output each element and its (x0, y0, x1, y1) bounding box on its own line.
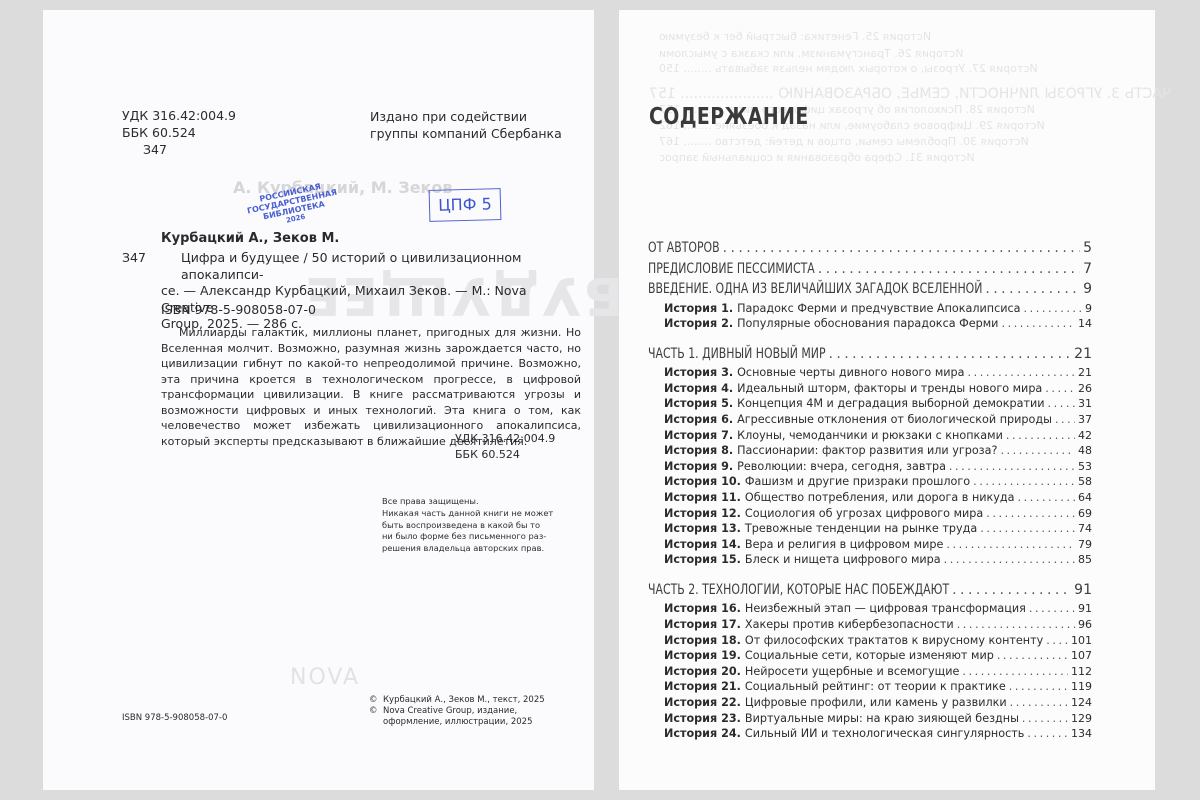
toc-page-number: 101 (1071, 634, 1092, 647)
toc-page-number: 9 (1085, 302, 1092, 315)
toc-entry-title: История 14.Вера и религия в цифровом мир… (664, 538, 943, 551)
toc-page-number: 85 (1078, 553, 1092, 566)
toc-story-number: История 11. (664, 491, 741, 504)
toc-story-number: История 7. (664, 429, 733, 442)
toc-entry-title: История 11.Общество потребления, или дор… (664, 491, 1015, 504)
toc-story-number: История 12. (664, 507, 741, 520)
toc-story-entry: История 21.Социальный рейтинг: от теории… (648, 680, 1092, 696)
toc-leader-dots (1048, 397, 1075, 410)
toc-entry-title: История 13.Тревожные тенденции на рынке … (664, 522, 977, 535)
toc-spacer (648, 333, 1092, 346)
toc-leader-dots (1022, 712, 1068, 725)
toc-story-number: История 14. (664, 538, 741, 551)
toc-entry-title: ПРЕДИСЛОВИЕ ПЕССИМИСТА (648, 261, 815, 277)
udk-code: УДК 316.42:004.9 (122, 108, 236, 125)
toc-page-number: 91 (1074, 582, 1092, 598)
toc-leader-dots (1006, 429, 1075, 442)
toc-page-number: 64 (1078, 491, 1092, 504)
toc-entry-title: История 18.От философских трактатов к ви… (664, 634, 1043, 647)
toc-entry-title: История 23.Виртуальные миры: на краю зия… (664, 712, 1019, 725)
toc-leader-dots (952, 582, 1071, 598)
toc-page-number: 7 (1083, 261, 1092, 277)
toc-entry-title: ЧАСТЬ 2. ТЕХНОЛОГИИ, КОТОРЫЕ НАС ПОБЕЖДА… (648, 582, 949, 598)
bibliographic-description: Цифра и будущее / 50 историй о цивилизац… (161, 250, 581, 333)
toc-story-entry: История 11.Общество потребления, или дор… (648, 491, 1092, 507)
toc-story-number: История 9. (664, 460, 733, 473)
copyright-symbol: © (369, 695, 383, 706)
toc-page-number: 129 (1071, 712, 1092, 725)
copyright-line: ©Nova Creative Group, издание, (369, 706, 545, 717)
toc-entry-title: История 17.Хакеры против кибербезопаснос… (664, 618, 954, 631)
toc-entry-title: История 6.Агрессивные отклонения от биол… (664, 413, 1052, 426)
toc-story-entry: История 22.Цифровые профили, или камень … (648, 696, 1092, 712)
toc-page-number: 134 (1071, 727, 1092, 740)
toc-story-entry: История 20.Нейросети ущербные и всемогущ… (648, 665, 1092, 681)
toc-entry-title: ЧАСТЬ 1. ДИВНЫЙ НОВЫЙ МИР (648, 346, 826, 362)
toc-story-entry: История 8.Пассионарии: фактор развития и… (648, 444, 1092, 460)
toc-entry-title: История 15.Блеск и нищета цифрового мира (664, 553, 941, 566)
abstract-classification: УДК 316.42:004.9 ББК 60.524 (455, 431, 555, 462)
toc-page-number: 42 (1078, 429, 1092, 442)
toc-page-number: 69 (1078, 507, 1092, 520)
toc-page-number: 5 (1083, 240, 1092, 256)
rights-notice: Все права защищены. Никакая часть данной… (382, 496, 553, 555)
toc-story-number: История 18. (664, 634, 741, 647)
copyright-text: Курбацкий А., Зеков М., текст, 2025 (383, 695, 545, 706)
toc-story-number: История 15. (664, 553, 741, 566)
bleed-through-line: ЧАСТЬ 3. УГРОЗЫ ЛИЧНОСТИ, СЕМЬЕ, ОБРАЗОВ… (649, 86, 1172, 102)
isbn-footer: ISBN 978-5-908058-07-0 (122, 713, 227, 723)
author-mark: З47 (122, 142, 236, 159)
toc-entry-title: История 21.Социальный рейтинг: от теории… (664, 680, 1006, 693)
toc-page-number: 48 (1078, 444, 1092, 457)
toc-leader-dots (1009, 680, 1068, 693)
toc-story-entry: История 10.Фашизм и другие призраки прош… (648, 475, 1092, 491)
abstract-bbk: ББК 60.524 (455, 447, 555, 463)
toc-page-number: 107 (1071, 649, 1092, 662)
toc-spacer (648, 569, 1092, 582)
page-title: СОДЕРЖАНИЕ (649, 104, 809, 130)
rights-line: ни было форме без письменного раз- (382, 531, 553, 543)
toc-story-number: История 10. (664, 475, 741, 488)
toc-story-number: История 6. (664, 413, 733, 426)
toc-leader-dots (828, 346, 1071, 362)
toc-leader-dots (997, 649, 1068, 662)
toc-entry-title: История 24.Сильный ИИ и технологическая … (664, 727, 1024, 740)
toc-story-entry: История 6.Агрессивные отклонения от биол… (648, 413, 1092, 429)
toc-leader-dots (1029, 602, 1075, 615)
toc-entry-title: История 16.Неизбежный этап — цифровая тр… (664, 602, 1026, 615)
toc-page-number: 124 (1071, 696, 1092, 709)
rights-line: Все права защищены. (382, 496, 553, 508)
toc-page-number: 79 (1078, 538, 1092, 551)
rights-line: быть воспроизведена в какой бы то (382, 520, 553, 532)
toc-story-number: История 2. (664, 317, 733, 330)
toc-entry-title: История 9.Революции: вчера, сегодня, зав… (664, 460, 946, 473)
toc-story-entry: История 14.Вера и религия в цифровом мир… (648, 538, 1092, 554)
toc-page-number: 112 (1071, 665, 1092, 678)
toc-leader-dots (1001, 317, 1075, 330)
toc-leader-dots (968, 366, 1075, 379)
publisher-note: Издано при содействии группы компаний Сб… (370, 108, 562, 142)
toc-leader-dots (1027, 727, 1068, 740)
toc-entry-title: История 3.Основные черты дивного нового … (664, 366, 965, 379)
toc-entry-title: ВВЕДЕНИЕ. ОДНА ИЗ ВЕЛИЧАЙШИХ ЗАГАДОК ВСЕ… (648, 281, 982, 297)
description-line: Цифра и будущее / 50 историй о цивилизац… (161, 250, 581, 283)
bibliographic-author-mark: З47 (122, 250, 146, 265)
toc-story-entry: История 24.Сильный ИИ и технологическая … (648, 727, 1092, 743)
toc-entry-title: История 5.Концепция 4M и деградация выбо… (664, 397, 1045, 410)
toc-story-entry: История 7.Клоуны, чемоданчики и рюкзаки … (648, 429, 1092, 445)
toc-story-number: История 5. (664, 397, 733, 410)
toc-leader-dots (1046, 634, 1068, 647)
toc-page-number: 74 (1078, 522, 1092, 535)
toc-entry-title: История 2.Популярные обоснования парадок… (664, 317, 998, 330)
toc-entry-title: История 12.Социология об угрозах цифрово… (664, 507, 983, 520)
toc-leader-dots (946, 538, 1075, 551)
copyright-text: оформление, иллюстрации, 2025 (383, 717, 533, 728)
toc-story-entry: История 23.Виртуальные миры: на краю зия… (648, 712, 1092, 728)
copyright-symbol: © (369, 706, 383, 717)
toc-story-number: История 21. (664, 680, 741, 693)
toc-leader-dots (957, 618, 1075, 631)
copyright-symbol (369, 717, 383, 728)
bleed-through-line: История 25. Генетика: быстрый бег к безу… (659, 30, 931, 43)
toc-leader-dots (1018, 491, 1076, 504)
toc-leader-dots (985, 281, 1080, 297)
toc-leader-dots (973, 475, 1075, 488)
toc-story-number: История 23. (664, 712, 741, 725)
toc-leader-dots (1010, 696, 1068, 709)
table-of-contents: ОТ АВТОРОВ5ПРЕДИСЛОВИЕ ПЕССИМИСТА7ВВЕДЕН… (648, 240, 1092, 743)
toc-leader-dots (980, 522, 1075, 535)
toc-page-number: 119 (1071, 680, 1092, 693)
toc-page-number: 21 (1078, 366, 1092, 379)
copyright-block: ©Курбацкий А., Зеков М., текст, 2025 ©No… (369, 695, 545, 728)
toc-page-number: 26 (1078, 382, 1092, 395)
toc-story-entry: История 2.Популярные обоснования парадок… (648, 317, 1092, 333)
toc-entry-title: История 22.Цифровые профили, или камень … (664, 696, 1007, 709)
rights-line: Никакая часть данной книги не может (382, 508, 553, 520)
copyright-line: ©Курбацкий А., Зеков М., текст, 2025 (369, 695, 545, 706)
copyright-text: Nova Creative Group, издание, (383, 706, 517, 717)
isbn: ISBN 978-5-908058-07-0 (161, 302, 316, 317)
cpf-stamp: ЦПФ 5 (429, 188, 502, 222)
toc-section-entry: ЧАСТЬ 2. ТЕХНОЛОГИИ, КОТОРЫЕ НАС ПОБЕЖДА… (648, 582, 1092, 603)
bleed-through-line: История 30. Проблемы семьи, отцов и дете… (659, 135, 1029, 148)
toc-entry-title: История 7.Клоуны, чемоданчики и рюкзаки … (664, 429, 1003, 442)
toc-leader-dots (1024, 302, 1082, 315)
bleed-through-line: История 26. Трансгуманизм, или сказка с … (659, 47, 963, 60)
toc-story-entry: История 19.Социальные сети, которые изме… (648, 649, 1092, 665)
bleed-through-logo: NOVA (290, 665, 360, 690)
toc-leader-dots (986, 507, 1075, 520)
toc-story-number: История 4. (664, 382, 733, 395)
toc-page-number: 31 (1078, 397, 1092, 410)
toc-section-entry: ПРЕДИСЛОВИЕ ПЕССИМИСТА7 (648, 261, 1092, 282)
toc-story-number: История 20. (664, 665, 741, 678)
abstract-udk: УДК 316.42:004.9 (455, 431, 555, 447)
publisher-note-line: группы компаний Сбербанка (370, 125, 562, 142)
toc-story-number: История 19. (664, 649, 741, 662)
toc-leader-dots (723, 240, 1080, 256)
toc-story-number: История 3. (664, 366, 733, 379)
toc-section-entry: ОТ АВТОРОВ5 (648, 240, 1092, 261)
toc-story-entry: История 17.Хакеры против кибербезопаснос… (648, 618, 1092, 634)
toc-page-number: 96 (1078, 618, 1092, 631)
toc-page-number: 21 (1074, 346, 1092, 362)
toc-story-entry: История 13.Тревожные тенденции на рынке … (648, 522, 1092, 538)
toc-page-number: 37 (1078, 413, 1092, 426)
toc-story-number: История 17. (664, 618, 741, 631)
toc-story-number: История 13. (664, 522, 741, 535)
toc-story-entry: История 12.Социология об угрозах цифрово… (648, 507, 1092, 523)
toc-story-number: История 1. (664, 302, 733, 315)
toc-leader-dots (944, 553, 1075, 566)
toc-story-entry: История 4.Идеальный шторм, факторы и тре… (648, 382, 1092, 398)
toc-story-number: История 22. (664, 696, 741, 709)
toc-entry-title: История 4.Идеальный шторм, факторы и тре… (664, 382, 1042, 395)
toc-section-entry: ЧАСТЬ 1. ДИВНЫЙ НОВЫЙ МИР21 (648, 346, 1092, 367)
toc-entry-title: ОТ АВТОРОВ (648, 240, 720, 256)
toc-story-entry: История 9.Революции: вчера, сегодня, зав… (648, 460, 1092, 476)
toc-story-entry: История 16.Неизбежный этап — цифровая тр… (648, 602, 1092, 618)
toc-leader-dots (949, 460, 1075, 473)
toc-page-number: 91 (1078, 602, 1092, 615)
toc-leader-dots (1045, 382, 1075, 395)
toc-story-number: История 8. (664, 444, 733, 457)
bibliographic-authors: Курбацкий А., Зеков М. (161, 231, 339, 246)
toc-leader-dots (962, 665, 1068, 678)
toc-section-entry: ВВЕДЕНИЕ. ОДНА ИЗ ВЕЛИЧАЙШИХ ЗАГАДОК ВСЕ… (648, 281, 1092, 302)
abstract-text: Миллиарды галактик, миллионы планет, при… (161, 326, 581, 448)
toc-story-entry: История 5.Концепция 4M и деградация выбо… (648, 397, 1092, 413)
bbk-code: ББК 60.524 (122, 125, 236, 142)
toc-page-number: 14 (1078, 317, 1092, 330)
toc-page-number: 58 (1078, 475, 1092, 488)
contents-page: История 25. Генетика: быстрый бег к безу… (619, 10, 1155, 790)
toc-story-entry: История 18.От философских трактатов к ви… (648, 634, 1092, 650)
toc-leader-dots (1000, 444, 1075, 457)
imprint-page: А. Курбацкий, М. Зеков ЦИФРА И БУДУЩЕЕ У… (43, 10, 594, 790)
rights-line: решения владельца авторских прав. (382, 543, 553, 555)
publisher-note-line: Издано при содействии (370, 108, 562, 125)
toc-page-number: 9 (1083, 281, 1092, 297)
toc-leader-dots (818, 261, 1080, 277)
toc-story-entry: История 3.Основные черты дивного нового … (648, 366, 1092, 382)
toc-entry-title: История 19.Социальные сети, которые изме… (664, 649, 994, 662)
toc-story-entry: История 1.Парадокс Ферми и предчувствие … (648, 302, 1092, 318)
toc-leader-dots (1055, 413, 1075, 426)
bleed-through-line: История 27. Угрозы, о которых людям нель… (659, 62, 1038, 75)
toc-entry-title: История 8.Пассионарии: фактор развития и… (664, 444, 997, 457)
toc-story-number: История 24. (664, 727, 741, 740)
toc-story-entry: История 15.Блеск и нищета цифрового мира… (648, 553, 1092, 569)
bleed-through-line: История 31. Сфера образования и социальн… (659, 151, 975, 164)
toc-page-number: 53 (1078, 460, 1092, 473)
toc-entry-title: История 20.Нейросети ущербные и всемогущ… (664, 665, 959, 678)
toc-story-number: История 16. (664, 602, 741, 615)
copyright-line: оформление, иллюстрации, 2025 (369, 717, 545, 728)
toc-entry-title: История 1.Парадокс Ферми и предчувствие … (664, 302, 1021, 315)
classification-block: УДК 316.42:004.9 ББК 60.524 З47 (122, 108, 236, 159)
toc-entry-title: История 10.Фашизм и другие призраки прош… (664, 475, 970, 488)
